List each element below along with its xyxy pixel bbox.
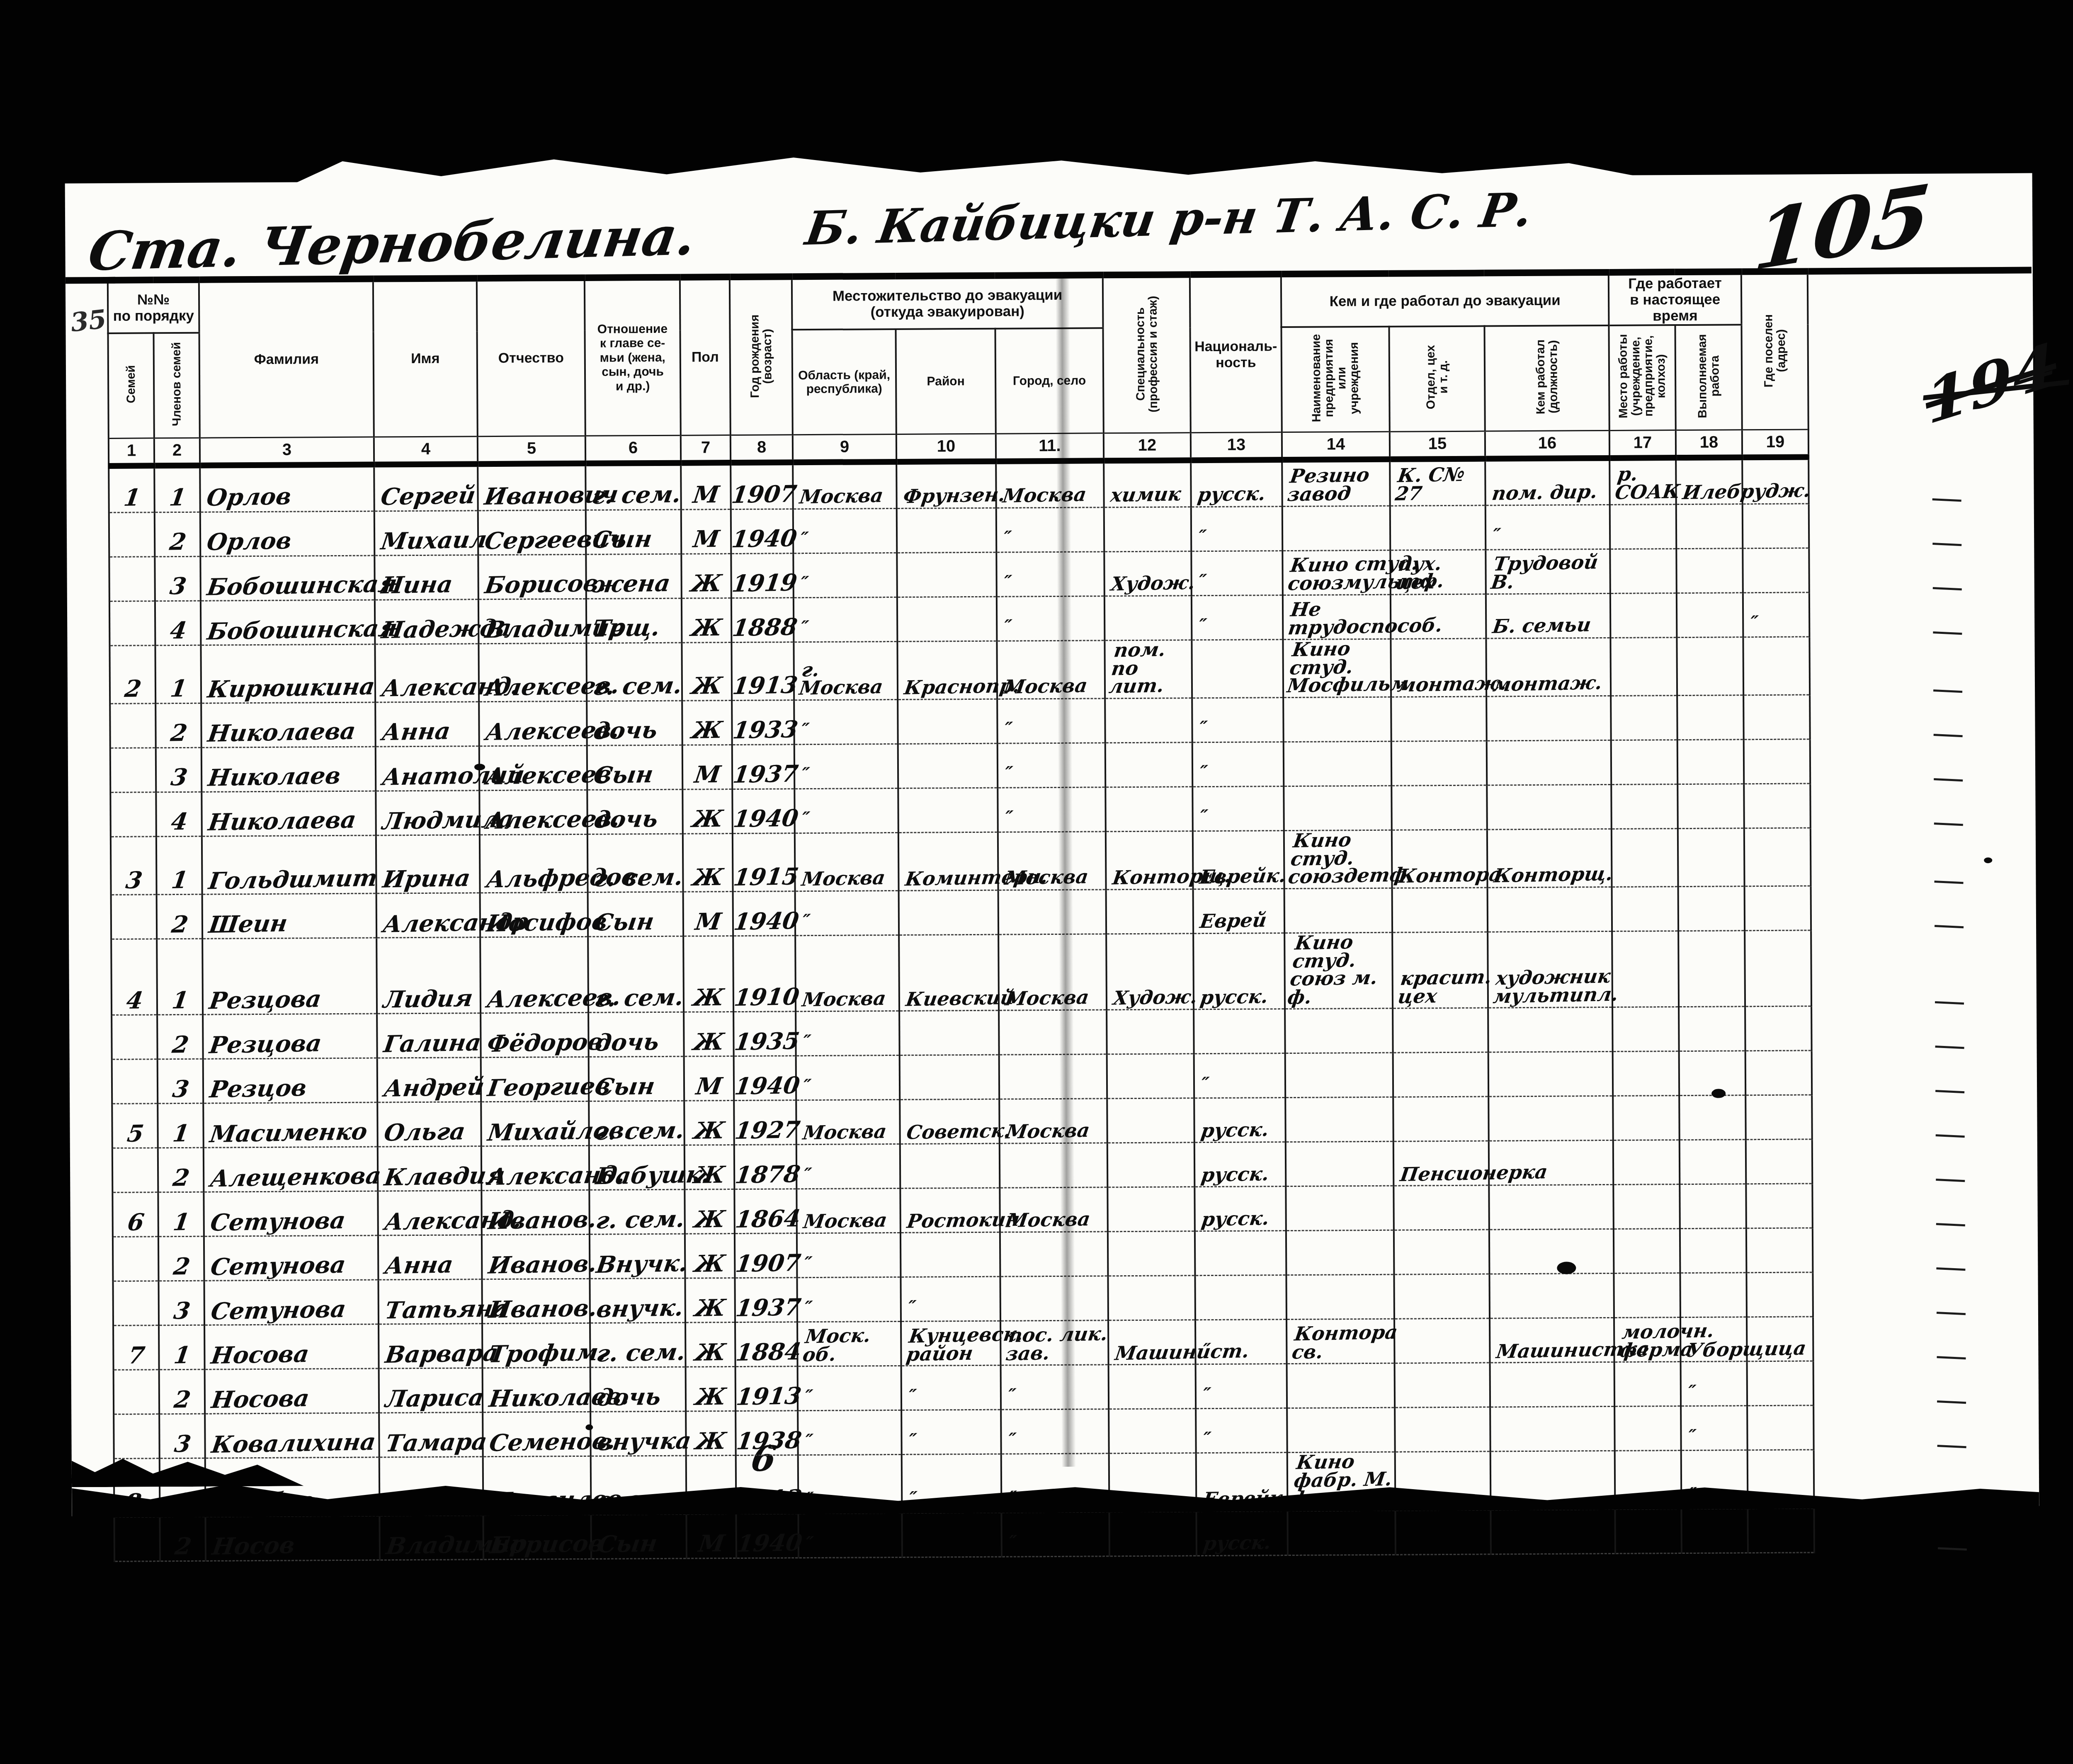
cell: 2 [160, 1517, 206, 1561]
cell: ″ [798, 1410, 902, 1455]
handwritten-entry: Сын [585, 528, 653, 554]
cell: Москва [999, 1099, 1107, 1143]
cell [114, 1414, 160, 1459]
handwritten-entry: 1919 [730, 572, 798, 597]
row-end-tick [1936, 1267, 1965, 1271]
scanned-document: Ста. Чернобелина. Б. Кайбицки р-н Т. А. … [0, 0, 2073, 1764]
column-number: 2 [154, 438, 200, 466]
handwritten-entry: 2 [170, 1034, 190, 1059]
handwritten-entry: ″ [1680, 1383, 1697, 1406]
handwritten-entry: Ж [692, 1031, 726, 1056]
handwritten-entry: Москва [794, 869, 886, 891]
cell [1107, 1098, 1194, 1143]
margin-cell [1813, 1271, 2037, 1317]
handwritten-entry: Сергей [373, 485, 477, 511]
handwritten-entry [1612, 735, 1618, 737]
handwritten-entry: ″ [1192, 719, 1208, 742]
cell [1611, 740, 1678, 784]
row-end-tick [1936, 1223, 1965, 1226]
handwritten-entry: ″ [794, 766, 810, 789]
cell [1489, 1140, 1614, 1186]
cell: Варвара [379, 1324, 483, 1368]
handwritten-entry [1396, 1549, 1403, 1552]
cell [1107, 1009, 1194, 1054]
handwritten-entry: Николаева [201, 809, 357, 837]
cell: ″ [797, 1233, 901, 1278]
row-end-tick [1938, 1547, 1967, 1550]
handwritten-entry [136, 1453, 137, 1456]
cell [1108, 1231, 1195, 1276]
handwritten-entry [1745, 823, 1751, 825]
handwritten-entry: Сетунова [203, 1210, 347, 1237]
handwritten-entry: 1937 [734, 1296, 802, 1322]
handwritten-entry: Ж [692, 987, 726, 1012]
handwritten-entry [1612, 779, 1618, 781]
cell: 6 [112, 1192, 158, 1237]
handwritten-entry: Николаев [201, 765, 342, 792]
handwritten-entry: Шеин [201, 912, 289, 939]
cell: Внучк. [590, 1234, 685, 1279]
cell [1746, 1272, 1813, 1317]
cell: Носова [204, 1324, 379, 1369]
handwritten-entry [1746, 1046, 1752, 1048]
cell: Ж [683, 833, 733, 892]
handwritten-entry: Гольдшмит [201, 867, 379, 895]
cell: Людмила [376, 790, 480, 835]
margin-cell [1810, 782, 2034, 828]
cell [110, 703, 156, 748]
cell: Кино студ. Мосфильм [1283, 639, 1391, 697]
cell: Нина [374, 555, 478, 599]
cell: 1937 [735, 1278, 797, 1322]
margin-cell [1810, 738, 2034, 784]
handwritten-entry: Николаева [200, 721, 357, 748]
cell [1194, 1009, 1285, 1054]
cell: Пенсионерка [1393, 1141, 1489, 1186]
cell: 1864 [734, 1189, 797, 1234]
cell: Алексеев. [478, 643, 587, 701]
handwritten-entry [1678, 690, 1684, 693]
cell [1678, 886, 1745, 931]
handwritten-entry [1395, 1314, 1401, 1316]
cell [1104, 507, 1192, 551]
cell [1490, 1362, 1615, 1407]
handwritten-entry: дочь [590, 1386, 663, 1412]
handwritten-entry [1614, 1135, 1620, 1138]
cell: 1 [158, 1192, 204, 1237]
cell [1393, 1185, 1489, 1230]
cell [109, 512, 155, 557]
cell: 3 [155, 556, 201, 601]
cell [1391, 696, 1487, 741]
handwritten-entry [1745, 881, 1751, 883]
cell: ″ [1196, 1364, 1287, 1409]
cell [1679, 1051, 1746, 1096]
cell: русск. [1194, 1098, 1286, 1143]
margin-cell [1812, 1094, 2036, 1140]
margin-cell [1813, 1360, 2038, 1406]
cell [113, 1237, 159, 1281]
handwritten-entry [1681, 1268, 1687, 1270]
cell [1614, 1229, 1680, 1274]
handwritten-entry: Контора св. [1285, 1323, 1399, 1364]
cell: Михайлов. [481, 1102, 589, 1146]
handwritten-entry: русск. [1194, 1121, 1270, 1143]
row-end-tick [1935, 1001, 1964, 1005]
handwritten-entry [898, 738, 905, 741]
handwritten-entry: Худож. [1106, 988, 1198, 1010]
cell [1611, 695, 1677, 740]
cell [1677, 592, 1743, 637]
cell [1679, 1095, 1746, 1140]
handwritten-entry [135, 1099, 135, 1101]
cell: М [686, 1514, 736, 1558]
handwritten-entry: Ж [694, 1386, 728, 1411]
handwritten-entry: Алещенкова [203, 1165, 383, 1193]
handwritten-entry: Еврейк. [1192, 866, 1287, 889]
margin-cell [1812, 1183, 2037, 1228]
cell [1614, 1362, 1681, 1407]
col-header-family-no-label: Семей [125, 365, 138, 403]
cell [1107, 1054, 1194, 1099]
cell: Резцов [203, 1058, 378, 1103]
handwritten-entry: ″ [1680, 1427, 1697, 1450]
handwritten-entry: Андрей [376, 1076, 486, 1103]
cell [1107, 1143, 1195, 1187]
handwritten-entry: ″ [796, 1166, 812, 1189]
cell: Татьяна [378, 1279, 482, 1324]
handwritten-entry: пом. дир. [1485, 483, 1599, 505]
handwritten-entry [1616, 1548, 1622, 1550]
margin-cell [1812, 1050, 2036, 1095]
cell: 3 [158, 1281, 204, 1326]
handwritten-entry: Москва [998, 988, 1090, 1011]
col-header-district: Район [896, 328, 995, 434]
cell: 1907 [735, 1233, 797, 1278]
cell: Сын [589, 1057, 685, 1102]
cell: 1940 [736, 1513, 799, 1558]
cell: дочь [587, 701, 682, 745]
cell: Бабушк. [589, 1145, 685, 1190]
handwritten-entry: ″ [996, 618, 1012, 641]
cell: Ковалихина [205, 1413, 379, 1458]
handwritten-entry [134, 1054, 135, 1057]
handwritten-entry: 6 [126, 1211, 145, 1236]
cell: монтаж. [1486, 638, 1611, 696]
cell [900, 1144, 1000, 1189]
cell [1391, 594, 1486, 639]
cell [1680, 1273, 1747, 1318]
col-header-speciality: Специальность (профессия и стаж) [1103, 274, 1191, 433]
cell: 3 [111, 836, 157, 895]
cell: Александ. [481, 1146, 590, 1191]
cell: Алексеев. [479, 790, 587, 835]
cell: русск. [1191, 460, 1282, 507]
cell [1105, 698, 1192, 742]
cell [1286, 1275, 1394, 1320]
cell: дочь [588, 1012, 684, 1057]
handwritten-entry: М [694, 1075, 723, 1100]
col-header-name: Имя [373, 278, 478, 437]
handwritten-entry [1392, 825, 1398, 827]
cell [902, 1512, 1002, 1557]
handwritten-entry: г. сем. [587, 866, 685, 893]
col-header-city: Город, село [995, 328, 1103, 434]
col-header-member-no-label: Членов семей [170, 342, 183, 426]
col-group-work-now: Где работает в настоящее время [1609, 272, 1742, 325]
handwritten-entry: ″ [1193, 1075, 1210, 1098]
col-header-birth-year-label: Год рождения (возраст) [748, 314, 774, 398]
handwritten-entry: ″ [997, 809, 1014, 832]
margin-cell [1809, 502, 2033, 548]
row-end-tick [1935, 1090, 1964, 1093]
handwritten-entry: М [697, 1533, 726, 1558]
handwritten-entry [1394, 1225, 1401, 1228]
column-number: 10 [896, 434, 996, 462]
cell [112, 1059, 158, 1104]
cell: Анна [375, 701, 479, 746]
row-end-tick [1936, 1179, 1965, 1182]
handwritten-entry [132, 596, 132, 598]
cell: ″ [998, 787, 1106, 832]
row-end-tick [1933, 587, 1962, 590]
handwritten-entry: 1940 [732, 910, 800, 936]
cell [1395, 1509, 1491, 1554]
handwritten-entry: 3 [124, 869, 143, 894]
handwritten-entry: ″ [1195, 1430, 1212, 1453]
handwritten-entry [1284, 825, 1291, 828]
cell: М [683, 891, 733, 936]
handwritten-entry: М [694, 910, 723, 935]
handwritten-entry: 2 [173, 1536, 192, 1560]
handwritten-entry: Москва [995, 485, 1087, 508]
cell: М [681, 509, 731, 554]
cell [901, 1233, 1000, 1277]
handwritten-entry [1105, 546, 1111, 549]
cell [1676, 548, 1743, 593]
cell: Кино студ. союзмультф. [1282, 550, 1391, 595]
handwritten-entry [132, 551, 132, 554]
row-end-tick [1937, 1356, 1966, 1359]
cell: Резцова [202, 938, 377, 1015]
cell [114, 1370, 160, 1415]
cell: Сын [587, 745, 683, 790]
handwritten-entry [1679, 881, 1685, 884]
cell [1394, 1318, 1490, 1363]
handwritten-entry [1680, 1223, 1687, 1226]
handwritten-entry: 1913 [731, 675, 799, 700]
cell [1678, 930, 1745, 1007]
cell [1614, 1273, 1680, 1318]
cell: Иванов. [482, 1235, 590, 1279]
handwritten-entry [1745, 925, 1752, 928]
cell: ″ [793, 553, 897, 597]
handwritten-entry [1394, 1136, 1400, 1139]
handwritten-entry [1749, 1548, 1755, 1550]
col-header-department-label: Отдел, цех и т. д. [1424, 345, 1450, 409]
cell: ″ [1743, 592, 1810, 637]
paper-sheet: Ста. Чернобелина. Б. Кайбицки р-н Т. А. … [65, 173, 2039, 1517]
handwritten-entry: Москва [999, 1121, 1091, 1144]
col-header-birth-year: Год рождения (возраст) [730, 277, 793, 435]
cell: 1910 [733, 935, 796, 1012]
cell [110, 747, 156, 792]
handwritten-entry [1395, 1358, 1401, 1361]
handwritten-entry: 1 [170, 869, 189, 894]
handwritten-entry: ″ [798, 1534, 814, 1557]
cell [1393, 1052, 1489, 1097]
handwritten-entry: г. сем. [586, 675, 684, 701]
handwritten-entry: Бобошинская [200, 617, 399, 645]
handwritten-entry [1613, 1002, 1619, 1005]
row-end-tick [1934, 778, 1963, 781]
margin-cell [1811, 885, 2035, 930]
handwritten-entry: Носов [205, 1534, 296, 1560]
handwritten-entry [1487, 735, 1493, 738]
handwritten-entry [1391, 633, 1398, 636]
handwritten-entry: ″ [1190, 528, 1207, 551]
cell: Александр [376, 893, 481, 937]
handwritten-entry: 2 [172, 1256, 191, 1281]
margin-cell [1812, 1138, 2037, 1184]
cell: пух. цех [1390, 550, 1486, 594]
column-number: 6 [585, 435, 681, 463]
handwritten-entry [1746, 1090, 1753, 1093]
cell [999, 1010, 1107, 1055]
handwritten-entry: 2 [169, 722, 188, 747]
row-end-tick [1934, 734, 1963, 737]
handwritten-entry [1748, 1445, 1754, 1447]
cell: Иванов. [482, 1279, 590, 1324]
handwritten-entry: 1940 [731, 808, 799, 833]
cell: р. СОАК [1609, 458, 1676, 505]
margin-cell [1809, 591, 2034, 637]
handwritten-entry: Еврей [1192, 911, 1267, 933]
cell: 1 [159, 1325, 205, 1370]
cell [1678, 828, 1745, 886]
handwritten-entry [1106, 738, 1112, 740]
cell [1746, 1139, 1813, 1184]
handwritten-entry [1490, 1269, 1496, 1271]
cell: Москва [793, 462, 897, 509]
cell [111, 894, 157, 939]
handwritten-entry: ″ [1000, 1387, 1017, 1410]
cell [1744, 784, 1811, 828]
handwritten-entry [1108, 1138, 1114, 1140]
cell: Тамара [379, 1412, 483, 1457]
handwritten-entry: 1907 [734, 1252, 802, 1278]
cell: ″ [1192, 595, 1283, 640]
handwritten-entry [1746, 1002, 1752, 1004]
cell: 1 [157, 939, 203, 1015]
handwritten-entry [1109, 1404, 1116, 1407]
handwritten-entry: внучка [590, 1430, 692, 1456]
handwritten-entry: 1864 [733, 1208, 801, 1233]
cell [1393, 1008, 1488, 1053]
col-header-enterprise: Наименование предприятия или учреждения [1281, 326, 1389, 432]
cell [1000, 1276, 1108, 1321]
cell: Советск. [900, 1099, 1000, 1144]
handwritten-entry [1611, 588, 1617, 590]
handwritten-entry: Иванов. [481, 1208, 598, 1235]
handwritten-entry [1489, 1092, 1495, 1094]
cell: 1915 [733, 833, 795, 891]
cell: Альфредов. [480, 834, 588, 893]
handwritten-entry: 1 [167, 487, 187, 512]
cell [1747, 1405, 1814, 1450]
handwritten-entry: Контора [1391, 865, 1503, 888]
cell: Александ. [378, 1191, 482, 1235]
handwritten-entry: 1888 [731, 616, 799, 642]
row-end-tick [1934, 881, 1963, 884]
handwritten-entry [1107, 929, 1113, 931]
cell: Москва [997, 640, 1105, 699]
cell [1679, 1007, 1745, 1051]
handwritten-entry: 1 [171, 1123, 190, 1148]
cell: М [684, 1056, 734, 1101]
handwritten-entry [1614, 1268, 1621, 1271]
cell: жена [586, 554, 682, 599]
handwritten-entry: Кино студ. союз м. ф. [1280, 932, 1397, 1009]
handwritten-entry [1196, 1270, 1202, 1273]
cell: г. сем. [590, 1323, 686, 1368]
handwritten-entry: Внучк. [589, 1252, 689, 1279]
handwritten-entry: художник мультипл. [1486, 967, 1622, 1008]
cell: 1937 [732, 744, 795, 789]
cell: Семенов. [483, 1412, 591, 1457]
handwritten-entry [1193, 693, 1199, 695]
cell: ″ [997, 698, 1105, 743]
cell: Контора св. [1287, 1319, 1395, 1364]
cell: 1933 [732, 700, 794, 745]
handwritten-entry: 4 [168, 620, 188, 645]
handwritten-entry [136, 1276, 136, 1279]
handwritten-entry [1611, 632, 1617, 635]
handwritten-entry [1488, 824, 1494, 827]
handwritten-entry [900, 1050, 906, 1053]
cell: Ольга [377, 1102, 481, 1147]
handwritten-entry [1393, 927, 1399, 929]
handwritten-entry: Масименко [202, 1121, 369, 1148]
row-end-tick [1935, 1046, 1964, 1049]
handwritten-entry [1615, 1401, 1622, 1404]
col-header-settled: Где поселен (адрес) [1741, 271, 1808, 429]
handwritten-entry [1747, 1179, 1753, 1182]
cell: ″ [1192, 786, 1284, 831]
cell: ″ [1681, 1406, 1748, 1451]
handwritten-entry: Москва [792, 486, 884, 509]
cell: Алещенкова [204, 1147, 378, 1192]
cell: ″ [998, 742, 1106, 787]
handwritten-entry: 1927 [733, 1119, 801, 1145]
cell: пом. по лит. [1104, 640, 1192, 698]
handwritten-entry: 3 [169, 767, 188, 791]
handwritten-entry: пух. цех [1388, 554, 1488, 594]
row-end-tick [1937, 1312, 1966, 1315]
handwritten-entry [1395, 1269, 1401, 1272]
handwritten-entry: Сетунова [203, 1254, 347, 1281]
cell: Кино студ. союздетф. [1284, 830, 1392, 888]
handwritten-entry [1678, 823, 1685, 826]
handwritten-entry: г. сем. [585, 483, 682, 510]
cell [1746, 1184, 1813, 1228]
col-header-surname: Фамилия [199, 279, 374, 438]
handwritten-entry: Анна [377, 1254, 454, 1280]
margin-cell [1813, 1405, 2038, 1450]
cell [110, 792, 156, 837]
margin-cell [1813, 1316, 2037, 1361]
handwritten-entry [1396, 1447, 1402, 1449]
